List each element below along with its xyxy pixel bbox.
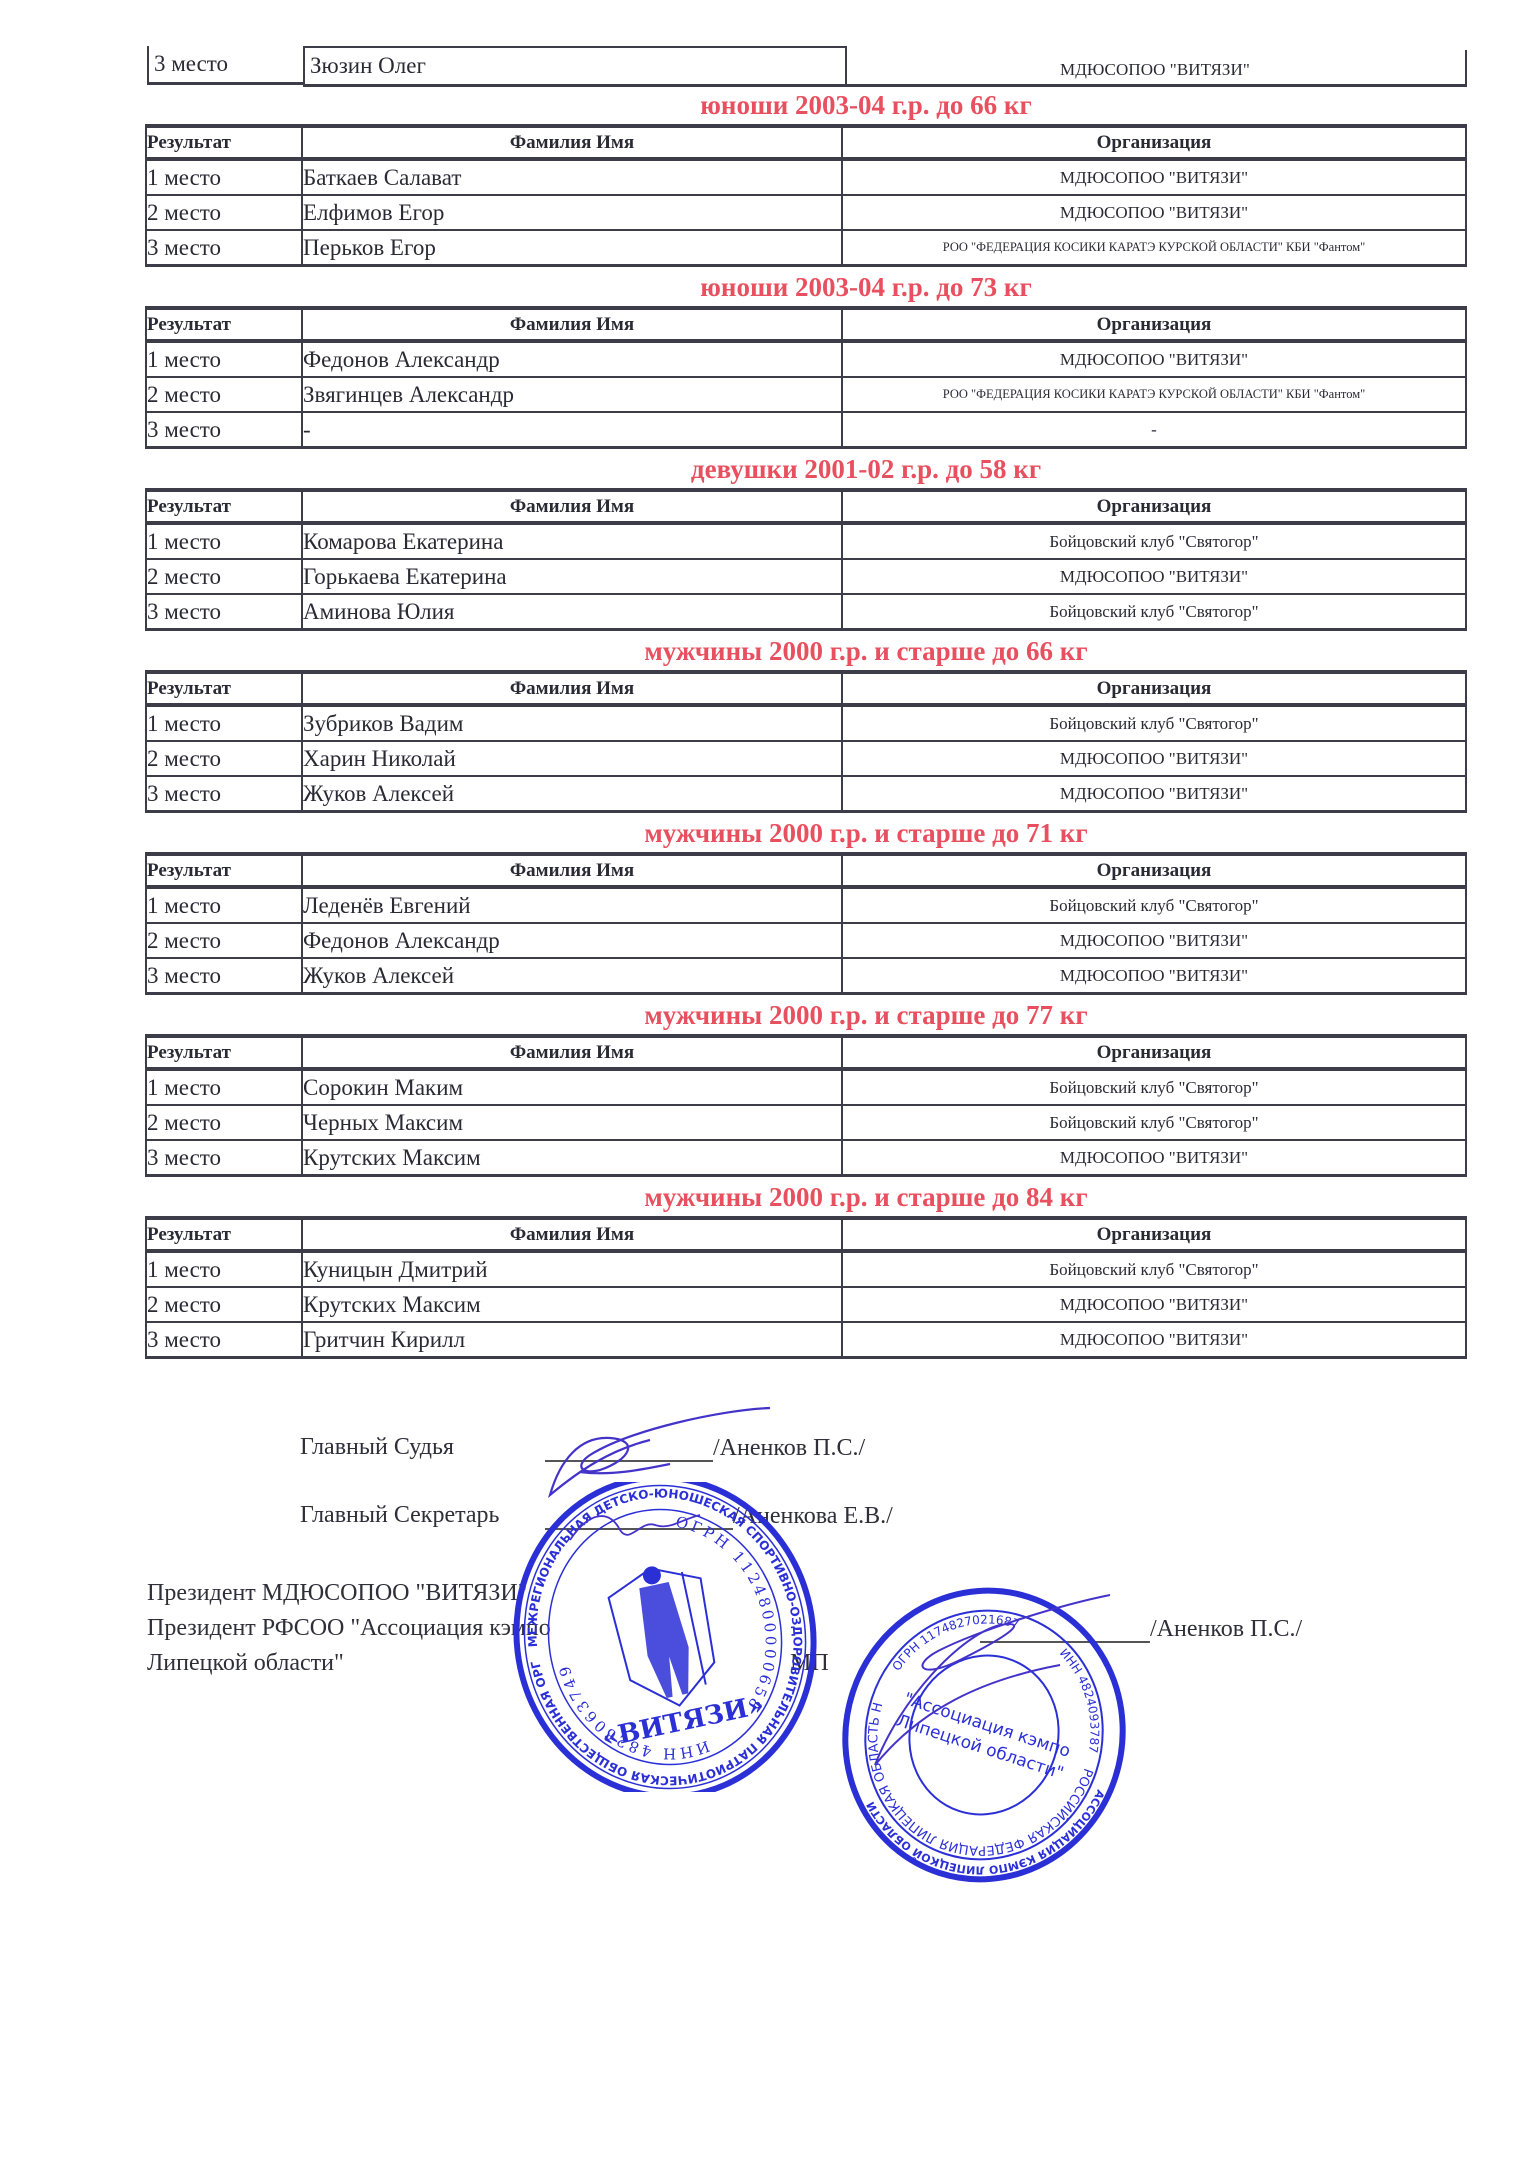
results-table: РезультатФамилия ИмяОрганизация1 местоФе…: [145, 306, 1467, 449]
column-header-name: Фамилия Имя: [302, 490, 842, 523]
president-line-3: Липецкой области": [147, 1650, 344, 1677]
column-header-result: Результат: [146, 126, 302, 159]
athlete-name-cell: Елфимов Егор: [302, 195, 842, 230]
table-row: 3 местоКрутских МаксимМДЮСОПОО "ВИТЯЗИ": [146, 1140, 1466, 1176]
column-header-organization: Организация: [842, 308, 1466, 341]
column-header-organization: Организация: [842, 1218, 1466, 1251]
category-section: юноши 2003-04 г.р. до 66 кгРезультатФами…: [145, 86, 1467, 267]
table-row: 2 местоХарин НиколайМДЮСОПОО "ВИТЯЗИ": [146, 741, 1466, 776]
place-cell: 3 место: [146, 1140, 302, 1176]
place-cell: 2 место: [146, 559, 302, 594]
continued-table-row: 3 место Зюзин Олег МДЮСОПОО "ВИТЯЗИ": [147, 46, 1465, 84]
table-row: 2 местоКрутских МаксимМДЮСОПОО "ВИТЯЗИ": [146, 1287, 1466, 1322]
athlete-name-cell: -: [302, 412, 842, 448]
table-row: 2 местоЧерных МаксимБойцовский клуб "Свя…: [146, 1105, 1466, 1140]
category-section: мужчины 2000 г.р. и старше до 71 кгРезул…: [145, 814, 1467, 995]
organization-cell: МДЮСОПОО "ВИТЯЗИ": [842, 559, 1466, 594]
table-row: 3 место--: [146, 412, 1466, 448]
table-row: 3 местоАминова ЮлияБойцовский клуб "Свят…: [146, 594, 1466, 630]
column-header-result: Результат: [146, 672, 302, 705]
organization-cell: Бойцовский клуб "Святогор": [842, 1251, 1466, 1287]
place-cell: 3 место: [146, 958, 302, 994]
organization-cell: Бойцовский клуб "Святогор": [842, 594, 1466, 630]
column-header-result: Результат: [146, 1036, 302, 1069]
organization-cell: Бойцовский клуб "Святогор": [842, 887, 1466, 923]
athlete-name-cell: Перьков Егор: [302, 230, 842, 266]
column-header-organization: Организация: [842, 854, 1466, 887]
category-title: мужчины 2000 г.р. и старше до 71 кг: [145, 814, 1467, 852]
athlete-name-cell: Звягинцев Александр: [302, 377, 842, 412]
category-title: мужчины 2000 г.р. и старше до 84 кг: [145, 1178, 1467, 1216]
athlete-name-cell: Черных Максим: [302, 1105, 842, 1140]
table-row: 1 местоЛеденёв ЕвгенийБойцовский клуб "С…: [146, 887, 1466, 923]
athlete-name-cell: Сорокин Маким: [302, 1069, 842, 1105]
results-table: РезультатФамилия ИмяОрганизация1 местоБа…: [145, 124, 1467, 267]
president-handwritten-signature: [860, 1580, 1120, 1780]
table-header-row: РезультатФамилия ИмяОрганизация: [146, 672, 1466, 705]
column-header-organization: Организация: [842, 126, 1466, 159]
place-cell: 3 место: [146, 776, 302, 812]
place-cell: 3 место: [147, 46, 305, 85]
president-name: /Аненков П.С./: [1150, 1616, 1302, 1642]
place-cell: 2 место: [146, 195, 302, 230]
results-table: РезультатФамилия ИмяОрганизация1 местоСо…: [145, 1034, 1467, 1177]
chief-judge-handwritten-signature: [520, 1400, 780, 1510]
place-cell: 1 место: [146, 341, 302, 377]
athlete-name-cell: Жуков Алексей: [302, 776, 842, 812]
column-header-result: Результат: [146, 1218, 302, 1251]
category-title: мужчины 2000 г.р. и старше до 66 кг: [145, 632, 1467, 670]
athlete-name-cell: Куницын Дмитрий: [302, 1251, 842, 1287]
column-header-result: Результат: [146, 308, 302, 341]
table-row: 1 местоЗубриков ВадимБойцовский клуб "Св…: [146, 705, 1466, 741]
organization-cell: МДЮСОПОО "ВИТЯЗИ": [842, 776, 1466, 812]
place-cell: 1 место: [146, 1251, 302, 1287]
organization-cell: МДЮСОПОО "ВИТЯЗИ": [842, 923, 1466, 958]
place-cell: 1 место: [146, 159, 302, 195]
table-header-row: РезультатФамилия ИмяОрганизация: [146, 308, 1466, 341]
table-row: 2 местоЗвягинцев АлександрРОО "ФЕДЕРАЦИЯ…: [146, 377, 1466, 412]
place-cell: 2 место: [146, 1105, 302, 1140]
table-header-row: РезультатФамилия ИмяОрганизация: [146, 854, 1466, 887]
column-header-name: Фамилия Имя: [302, 854, 842, 887]
table-header-row: РезультатФамилия ИмяОрганизация: [146, 126, 1466, 159]
organization-cell: МДЮСОПОО "ВИТЯЗИ": [842, 958, 1466, 994]
organization-cell: Бойцовский клуб "Святогор": [842, 1105, 1466, 1140]
chief-judge-label: Главный Судья: [300, 1434, 454, 1461]
column-header-result: Результат: [146, 490, 302, 523]
column-header-result: Результат: [146, 854, 302, 887]
place-text: 3 место: [154, 51, 228, 77]
category-title: девушки 2001-02 г.р. до 58 кг: [145, 450, 1467, 488]
athlete-name-cell: Аминова Юлия: [302, 594, 842, 630]
results-table: РезультатФамилия ИмяОрганизация1 местоЛе…: [145, 852, 1467, 995]
results-table: РезультатФамилия ИмяОрганизация1 местоКо…: [145, 488, 1467, 631]
place-cell: 2 место: [146, 741, 302, 776]
organization-cell: МДЮСОПОО "ВИТЯЗИ": [842, 195, 1466, 230]
table-row: 1 местоКомарова ЕкатеринаБойцовский клуб…: [146, 523, 1466, 559]
athlete-name-cell: Харин Николай: [302, 741, 842, 776]
president-line-1: Президент МДЮСОПОО "ВИТЯЗИ": [147, 1580, 528, 1607]
athlete-name: Зюзин Олег: [310, 53, 426, 79]
category-title: юноши 2003-04 г.р. до 73 кг: [145, 268, 1467, 306]
chief-secretary-label: Главный Секретарь: [300, 1502, 500, 1529]
place-cell: 2 место: [146, 923, 302, 958]
organization-cell: РОО "ФЕДЕРАЦИЯ КОСИКИ КАРАТЭ КУРСКОЙ ОБЛ…: [842, 377, 1466, 412]
athlete-name-cell: Баткаев Салават: [302, 159, 842, 195]
organization-cell: Бойцовский клуб "Святогор": [842, 523, 1466, 559]
place-cell: 3 место: [146, 1322, 302, 1358]
place-cell: 2 место: [146, 1287, 302, 1322]
place-cell: 1 место: [146, 705, 302, 741]
organization-cell: Бойцовский клуб "Святогор": [842, 1069, 1466, 1105]
organization-cell: МДЮСОПОО "ВИТЯЗИ": [842, 741, 1466, 776]
column-header-organization: Организация: [842, 1036, 1466, 1069]
organization-cell: МДЮСОПОО "ВИТЯЗИ": [842, 1140, 1466, 1176]
athlete-name-cell: Горькаева Екатерина: [302, 559, 842, 594]
place-cell: 1 место: [146, 1069, 302, 1105]
athlete-name-cell: Жуков Алексей: [302, 958, 842, 994]
category-section: девушки 2001-02 г.р. до 58 кгРезультатФа…: [145, 450, 1467, 631]
athlete-name-cell: Зубриков Вадим: [302, 705, 842, 741]
table-row: 3 местоЖуков АлексейМДЮСОПОО "ВИТЯЗИ": [146, 776, 1466, 812]
place-cell: 3 место: [146, 412, 302, 448]
category-section: мужчины 2000 г.р. и старше до 66 кгРезул…: [145, 632, 1467, 813]
column-header-organization: Организация: [842, 490, 1466, 523]
table-row: 3 местоГритчин КириллМДЮСОПОО "ВИТЯЗИ": [146, 1322, 1466, 1358]
table-header-row: РезультатФамилия ИмяОрганизация: [146, 1036, 1466, 1069]
category-title: юноши 2003-04 г.р. до 66 кг: [145, 86, 1467, 124]
athlete-name-cell: Леденёв Евгений: [302, 887, 842, 923]
table-row: 1 местоФедонов АлександрМДЮСОПОО "ВИТЯЗИ…: [146, 341, 1466, 377]
category-section: мужчины 2000 г.р. и старше до 77 кгРезул…: [145, 996, 1467, 1177]
column-header-name: Фамилия Имя: [302, 126, 842, 159]
table-row: 1 местоСорокин МакимБойцовский клуб "Свя…: [146, 1069, 1466, 1105]
place-cell: 1 место: [146, 887, 302, 923]
column-header-name: Фамилия Имя: [302, 672, 842, 705]
organization-cell: МДЮСОПОО "ВИТЯЗИ": [842, 1287, 1466, 1322]
column-header-name: Фамилия Имя: [302, 1036, 842, 1069]
category-section: юноши 2003-04 г.р. до 73 кгРезультатФами…: [145, 268, 1467, 449]
table-row: 1 местоКуницын ДмитрийБойцовский клуб "С…: [146, 1251, 1466, 1287]
results-page: 3 место Зюзин Олег МДЮСОПОО "ВИТЯЗИ" юно…: [0, 0, 1527, 2160]
athlete-name-cell: Крутских Максим: [302, 1140, 842, 1176]
organization-cell: МДЮСОПОО "ВИТЯЗИ": [845, 50, 1467, 87]
athlete-name-cell: Гритчин Кирилл: [302, 1322, 842, 1358]
category-title: мужчины 2000 г.р. и старше до 77 кг: [145, 996, 1467, 1034]
athlete-name-cell: Комарова Екатерина: [302, 523, 842, 559]
organization-cell: -: [842, 412, 1466, 448]
table-row: 2 местоФедонов АлександрМДЮСОПОО "ВИТЯЗИ…: [146, 923, 1466, 958]
table-header-row: РезультатФамилия ИмяОрганизация: [146, 1218, 1466, 1251]
table-row: 3 местоПерьков ЕгорРОО "ФЕДЕРАЦИЯ КОСИКИ…: [146, 230, 1466, 266]
name-cell: Зюзин Олег: [303, 46, 847, 87]
results-table: РезультатФамилия ИмяОрганизация1 местоКу…: [145, 1216, 1467, 1359]
president-line-2: Президент РФСОО "Ассоциация кэмпо: [147, 1615, 551, 1642]
organization-cell: Бойцовский клуб "Святогор": [842, 705, 1466, 741]
column-header-name: Фамилия Имя: [302, 308, 842, 341]
athlete-name-cell: Федонов Александр: [302, 923, 842, 958]
table-header-row: РезультатФамилия ИмяОрганизация: [146, 490, 1466, 523]
organization-cell: МДЮСОПОО "ВИТЯЗИ": [842, 1322, 1466, 1358]
table-row: 1 местоБаткаев СалаватМДЮСОПОО "ВИТЯЗИ": [146, 159, 1466, 195]
category-section: мужчины 2000 г.р. и старше до 84 кгРезул…: [145, 1178, 1467, 1359]
organization-text: МДЮСОПОО "ВИТЯЗИ": [845, 60, 1465, 80]
organization-cell: МДЮСОПОО "ВИТЯЗИ": [842, 159, 1466, 195]
organization-cell: МДЮСОПОО "ВИТЯЗИ": [842, 341, 1466, 377]
table-row: 2 местоГорькаева ЕкатеринаМДЮСОПОО "ВИТЯ…: [146, 559, 1466, 594]
athlete-name-cell: Крутских Максим: [302, 1287, 842, 1322]
column-header-name: Фамилия Имя: [302, 1218, 842, 1251]
table-row: 3 местоЖуков АлексейМДЮСОПОО "ВИТЯЗИ": [146, 958, 1466, 994]
place-cell: 1 место: [146, 523, 302, 559]
place-cell: 2 место: [146, 377, 302, 412]
table-row: 2 местоЕлфимов ЕгорМДЮСОПОО "ВИТЯЗИ": [146, 195, 1466, 230]
athlete-name-cell: Федонов Александр: [302, 341, 842, 377]
place-cell: 3 место: [146, 594, 302, 630]
results-table: РезультатФамилия ИмяОрганизация1 местоЗу…: [145, 670, 1467, 813]
secretary-handwritten-signature: [560, 1500, 720, 1560]
column-header-organization: Организация: [842, 672, 1466, 705]
organization-cell: РОО "ФЕДЕРАЦИЯ КОСИКИ КАРАТЭ КУРСКОЙ ОБЛ…: [842, 230, 1466, 266]
place-cell: 3 место: [146, 230, 302, 266]
